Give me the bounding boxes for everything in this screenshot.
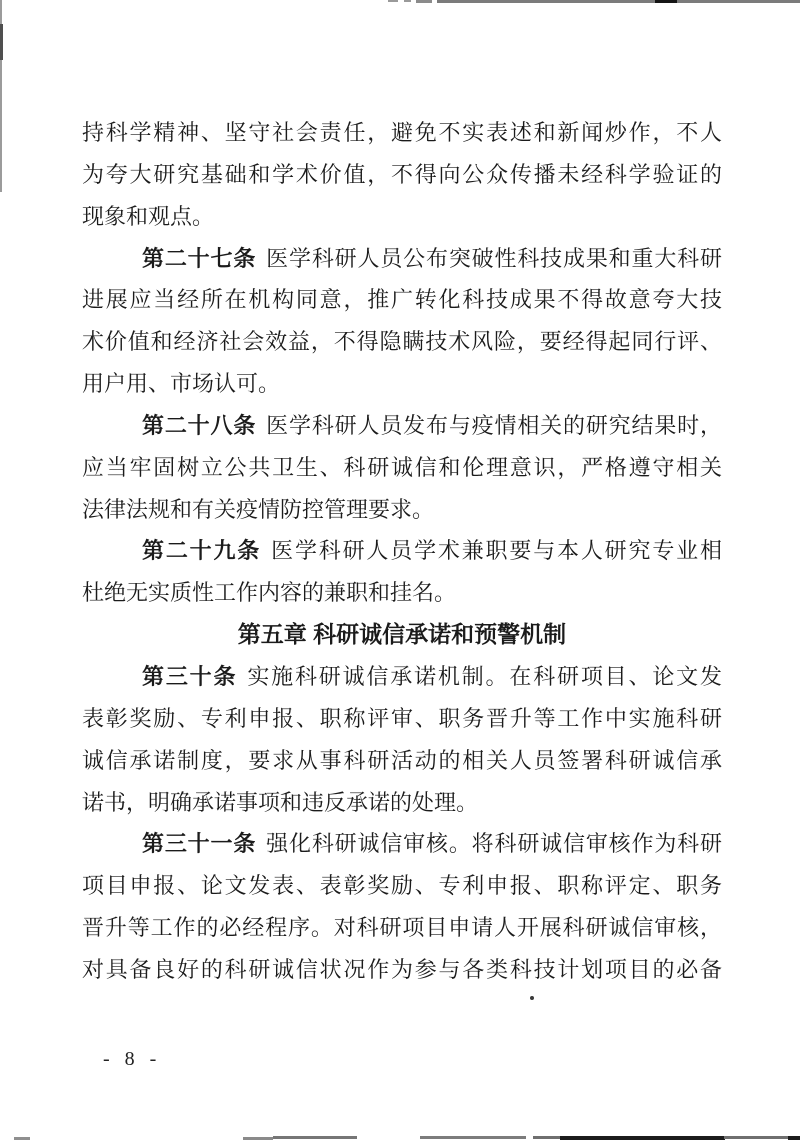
line-text: 杜绝无实质性工作内容的兼职和挂名。 xyxy=(82,580,456,605)
text-line: 杜绝无实质性工作内容的兼职和挂名。 xyxy=(82,572,722,614)
text-line: 第二十八条医学科研人员发布与疫情相关的研究结果时， xyxy=(82,405,722,447)
text-line: 第二十九条医学科研人员学术兼职要与本人研究专业相关， xyxy=(82,530,722,572)
scan-artifact-top-bar-dark xyxy=(655,0,677,3)
line-text: 表彰奖励、专利申报、职称评审、职务晋升等工作中实施科研 xyxy=(82,706,722,731)
text-line: 应当牢固树立公共卫生、科研诚信和伦理意识，严格遵守相关 xyxy=(82,447,722,489)
scan-artifact-bottom-segment xyxy=(533,1136,563,1139)
text-line: 用户用、市场认可。 xyxy=(82,363,722,405)
scan-artifact-top-bar xyxy=(437,0,800,3)
scan-artifact-bottom-segment xyxy=(273,1136,357,1139)
line-text: 医学科研人员公布突破性科技成果和重大科研 xyxy=(266,246,722,271)
line-text: 术价值和经济社会效益，不得隐瞒技术风险，要经得起同行评、 xyxy=(82,329,722,354)
line-text: 强化科研诚信审核。将科研诚信审核作为科研 xyxy=(266,831,722,856)
line-text: 诚信承诺制度，要求从事科研活动的相关人员签署科研诚信承 xyxy=(82,748,722,773)
text-line: 第二十七条医学科研人员公布突破性科技成果和重大科研 xyxy=(82,238,722,280)
text-line: 持科学精神、坚守社会责任，避免不实表述和新闻炒作，不人 xyxy=(82,112,722,154)
scan-artifact-ink-speck xyxy=(530,996,534,1000)
scan-artifact-top-speck xyxy=(404,0,411,2)
text-line: 表彰奖励、专利申报、职称评审、职务晋升等工作中实施科研 xyxy=(82,698,722,740)
line-text: 项目申报、论文发表、表彰奖励、专利申报、职称评定、职务 xyxy=(82,873,722,898)
line-text: 诺书，明确承诺事项和违反承诺的处理。 xyxy=(82,790,478,815)
text-line: 第五章 科研诚信承诺和预警机制 xyxy=(82,614,722,656)
line-text: 对具备良好的科研诚信状况作为参与各类科技计划项目的必备 xyxy=(82,957,722,982)
scan-artifact-bottom-segment-dark xyxy=(788,1136,800,1140)
article-number-label: 第三十条 xyxy=(142,664,237,689)
text-line: 对具备良好的科研诚信状况作为参与各类科技计划项目的必备 xyxy=(82,949,722,991)
line-text: 持科学精神、坚守社会责任，避免不实表述和新闻炒作，不人 xyxy=(82,120,722,145)
page-number: - 8 - xyxy=(103,1048,161,1071)
line-text: 医学科研人员发布与疫情相关的研究结果时， xyxy=(266,413,722,438)
article-number-label: 第二十九条 xyxy=(142,538,261,563)
text-line: 诚信承诺制度，要求从事科研活动的相关人员签署科研诚信承 xyxy=(82,740,722,782)
text-line: 项目申报、论文发表、表彰奖励、专利申报、职称评定、职务 xyxy=(82,865,722,907)
line-text: 现象和观点。 xyxy=(82,204,214,229)
text-line: 现象和观点。 xyxy=(82,196,722,238)
line-text: 用户用、市场认可。 xyxy=(82,371,280,396)
line-text: 为夸大研究基础和学术价值，不得向公众传播未经科学验证的 xyxy=(82,162,722,187)
text-line: 为夸大研究基础和学术价值，不得向公众传播未经科学验证的 xyxy=(82,154,722,196)
article-number-label: 第三十一条 xyxy=(142,831,256,856)
line-text: 进展应当经所在机构同意，推广转化科技成果不得故意夸大技 xyxy=(82,287,722,312)
article-number-label: 第二十八条 xyxy=(142,413,256,438)
line-text: 法律法规和有关疫情防控管理要求。 xyxy=(82,497,434,522)
text-line: 第三十条实施科研诚信承诺机制。在科研项目、论文发表、 xyxy=(82,656,722,698)
scan-artifact-bottom-segment xyxy=(724,1136,788,1139)
line-text: 晋升等工作的必经程序。对科研项目申请人开展科研诚信审核， xyxy=(82,915,722,940)
scan-artifact-bottom-segment xyxy=(14,1137,30,1140)
text-line: 进展应当经所在机构同意，推广转化科技成果不得故意夸大技 xyxy=(82,279,722,321)
scan-artifact-bottom-segment xyxy=(243,1137,273,1140)
text-line: 法律法规和有关疫情防控管理要求。 xyxy=(82,489,722,531)
article-number-label: 第五章 科研诚信承诺和预警机制 xyxy=(238,621,566,647)
text-line: 晋升等工作的必经程序。对科研项目申请人开展科研诚信审核， xyxy=(82,907,722,949)
document-page: 持科学精神、坚守社会责任，避免不实表述和新闻炒作，不人为夸大研究基础和学术价值，… xyxy=(0,0,800,1142)
scan-artifact-left-line-dark xyxy=(0,24,3,60)
scan-artifact-top-speck xyxy=(416,0,432,3)
text-line: 诺书，明确承诺事项和违反承诺的处理。 xyxy=(82,782,722,824)
line-text: 应当牢固树立公共卫生、科研诚信和伦理意识，严格遵守相关 xyxy=(82,455,722,480)
scan-artifact-top-speck xyxy=(388,0,398,2)
article-number-label: 第二十七条 xyxy=(142,246,256,271)
scan-artifact-bottom-segment xyxy=(420,1136,526,1139)
text-line: 第三十一条强化科研诚信审核。将科研诚信审核作为科研 xyxy=(82,823,722,865)
document-body: 持科学精神、坚守社会责任，避免不实表述和新闻炒作，不人为夸大研究基础和学术价值，… xyxy=(82,112,722,991)
text-line: 术价值和经济社会效益，不得隐瞒技术风险，要经得起同行评、 xyxy=(82,321,722,363)
scan-artifact-bottom-segment-dark xyxy=(560,1136,725,1140)
